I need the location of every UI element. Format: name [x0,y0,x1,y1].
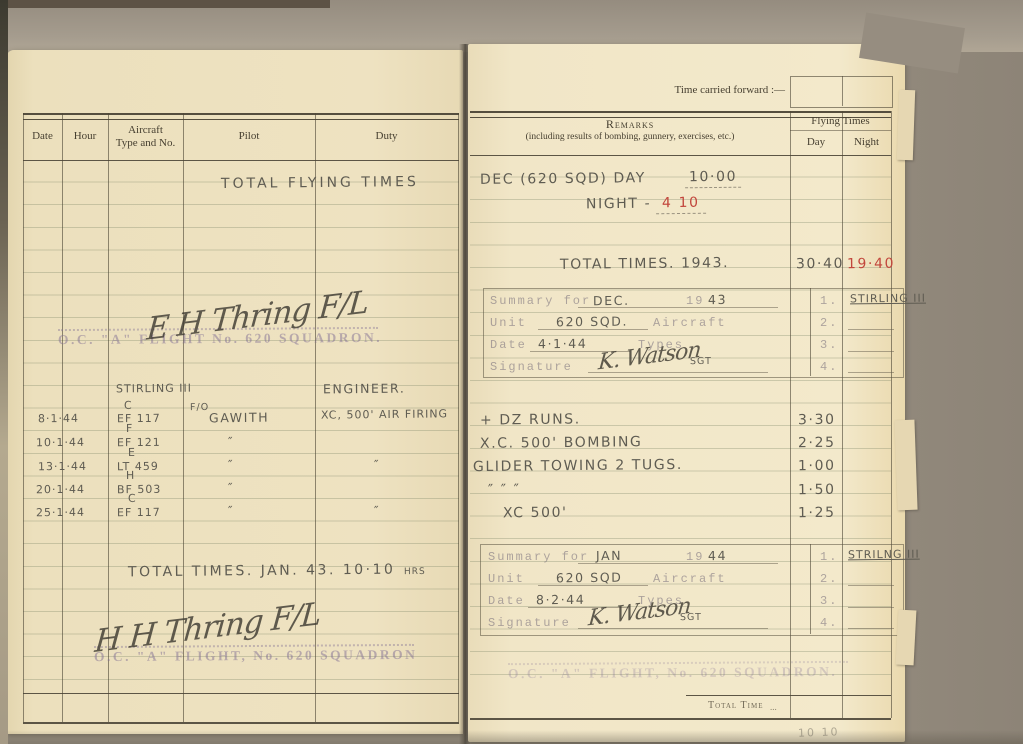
pilot-ditto: ″ [228,480,234,495]
remark-day-time: 2·25 [798,435,836,451]
dec-day-total-line: DEC (620 SQD) DAY [480,170,646,188]
total-times-1943-night: 19·40 [847,256,895,273]
right-table-bottom-rule [470,718,891,720]
carried-forward-label: Time carried forward :— [623,84,785,97]
squadron-stamp-bottom-right: O.C. "A" FLIGHT, No. 620 SQUADRON. [508,661,848,682]
signature-label: Signature [490,360,573,374]
remark-day-time: 3·30 [798,412,836,428]
unit-label: Unit [490,316,527,330]
summary-month: JAN [596,548,622,563]
unit-value: 620 SQD [556,570,623,586]
left-page: Date Hour Aircraft Type and No. Pilot Du… [6,50,463,734]
total-time-dots: ... [770,702,777,712]
date-label: Date [490,338,527,352]
flight-date: 8·1·44 [38,412,79,425]
summary-n3: 3. [820,338,838,352]
remark-text: + DZ RUNS. [480,411,581,428]
watson-rank: SGT [690,356,712,367]
column-header-date: Date [23,130,62,143]
aircraft-serial: EF 117 [117,506,161,519]
column-header-aircraft-line2: Type and No. [108,137,183,150]
remark-text: X.C. 500' BOMBING [480,434,643,452]
column-header-hour: Hour [62,130,108,143]
carried-forward-divider [842,76,843,106]
flight-date: 25·1·44 [36,506,85,520]
column-header-pilot: Pilot [183,130,315,143]
remarks-header: Remarks [470,118,790,132]
summary-type-1: STIRLING III [850,292,926,306]
summary-n2: 2. [820,316,838,330]
aircraft-code: F [126,422,133,435]
note-total-flying-times: TOTAL FLYING TIMES [221,174,419,192]
left-col-line-0 [23,113,24,722]
summary-for-label: Summary for [490,294,591,308]
total-times-1943-label: TOTAL TIMES. 1943. [560,255,729,273]
summary-year-printed: 19 [686,550,704,564]
aircraft-label: Aircraft [653,316,727,330]
column-header-day: Day [790,136,842,149]
aircraft-code: C [124,399,133,412]
aircraft-serial: LT 459 [117,460,159,473]
pilot-ditto: ″ [228,457,234,472]
flight-date: 13·1·44 [38,460,87,474]
aircraft-type-note: STIRLING III [116,382,192,396]
summary-type-1: STRILNG III [848,548,920,562]
aircraft-serial: EF 117 [117,412,161,425]
total-times-1943-day: 30·40 [796,256,844,273]
aircraft-label: Aircraft [653,572,727,586]
date-label: Date [488,594,525,608]
pilot-ditto: ″ [228,503,234,518]
summary-year-hand: 43 [708,292,727,307]
remark-day-time: 1·25 [798,505,836,521]
flight-date: 10·1·44 [36,436,85,450]
page-edge-tab-2 [894,420,917,511]
signature-label: Signature [488,616,571,630]
remark-day-time: 1·00 [798,458,836,474]
remark-day-time: 1·50 [798,482,836,498]
column-header-duty: Duty [315,130,458,143]
total-times-jan-line: TOTAL TIMES. JAN. 43. 10·10 [128,562,396,581]
duty-entry: XC, 500' AIR FIRING [321,407,448,421]
watson-rank: SGT [680,612,702,623]
dec-night-label: NIGHT - [586,196,651,213]
left-footer-rule [23,693,459,694]
aircraft-code: E [128,446,136,459]
column-header-night: Night [842,136,891,149]
summary-month: DEC. [593,293,630,308]
remark-text: XC 500' [503,505,568,522]
summary-year-hand: 44 [708,548,727,563]
column-header-aircraft-line1: Aircraft [108,124,183,137]
duty-ditto: ″ [374,503,380,518]
logbook-scan: Date Hour Aircraft Type and No. Pilot Du… [0,0,1023,744]
duty-ditto: ″ [374,457,380,472]
remark-text: ″ ″ ″ [488,482,521,498]
duty-heading-note: ENGINEER. [323,381,406,397]
summary-n4: 4. [820,360,838,374]
aircraft-serial: BF 503 [117,483,162,496]
total-times-jan-unit: HRS [404,567,426,577]
aircraft-code: H [126,469,135,482]
summary-year-printed: 19 [686,294,704,308]
flying-times-underline [790,130,891,131]
summary-n1: 1. [820,294,838,308]
right-page: Time carried forward :— Remarks (includi… [468,44,905,742]
summary-box-dec-divider [810,288,811,376]
scanner-background-bottom [0,730,1023,744]
pilot-rank: F/O [190,402,209,413]
left-table-bottom-rule [23,722,459,724]
summary-for-label: Summary for [488,550,589,564]
date-value: 8·2·44 [536,592,586,608]
page-edge-tab-3 [896,610,917,666]
total-time-label: Total Time [708,700,763,712]
summary-n2: 2. [820,572,838,586]
dec-night-value: 4 10 [656,195,706,215]
unit-value: 620 SQD. [556,314,628,330]
summary-n1: 1. [820,550,838,564]
remarks-subheader: (including results of bombing, gunnery, … [470,132,790,143]
summary-n3: 3. [820,594,838,608]
remark-text: GLIDER TOWING 2 TUGS. [473,457,683,475]
dec-day-total-value: 10·00 [685,169,741,189]
page-edge-tab-1 [897,90,915,161]
aircraft-serial: EF 121 [117,436,161,449]
flying-times-header: Flying Times [790,115,891,128]
aircraft-code: C [128,492,137,505]
summary-box-jan-divider [810,544,811,634]
pilot-ditto: ″ [228,434,234,449]
unit-label: Unit [488,572,525,586]
book-top-edge [0,0,330,8]
book-left-edge [0,0,8,744]
left-table-top-rule [23,113,459,120]
pilot-name: GAWITH [209,410,269,426]
summary-n4: 4. [820,616,838,630]
date-value: 4·1·44 [538,336,588,352]
flight-date: 20·1·44 [36,483,85,497]
total-time-row-rule [686,695,891,696]
